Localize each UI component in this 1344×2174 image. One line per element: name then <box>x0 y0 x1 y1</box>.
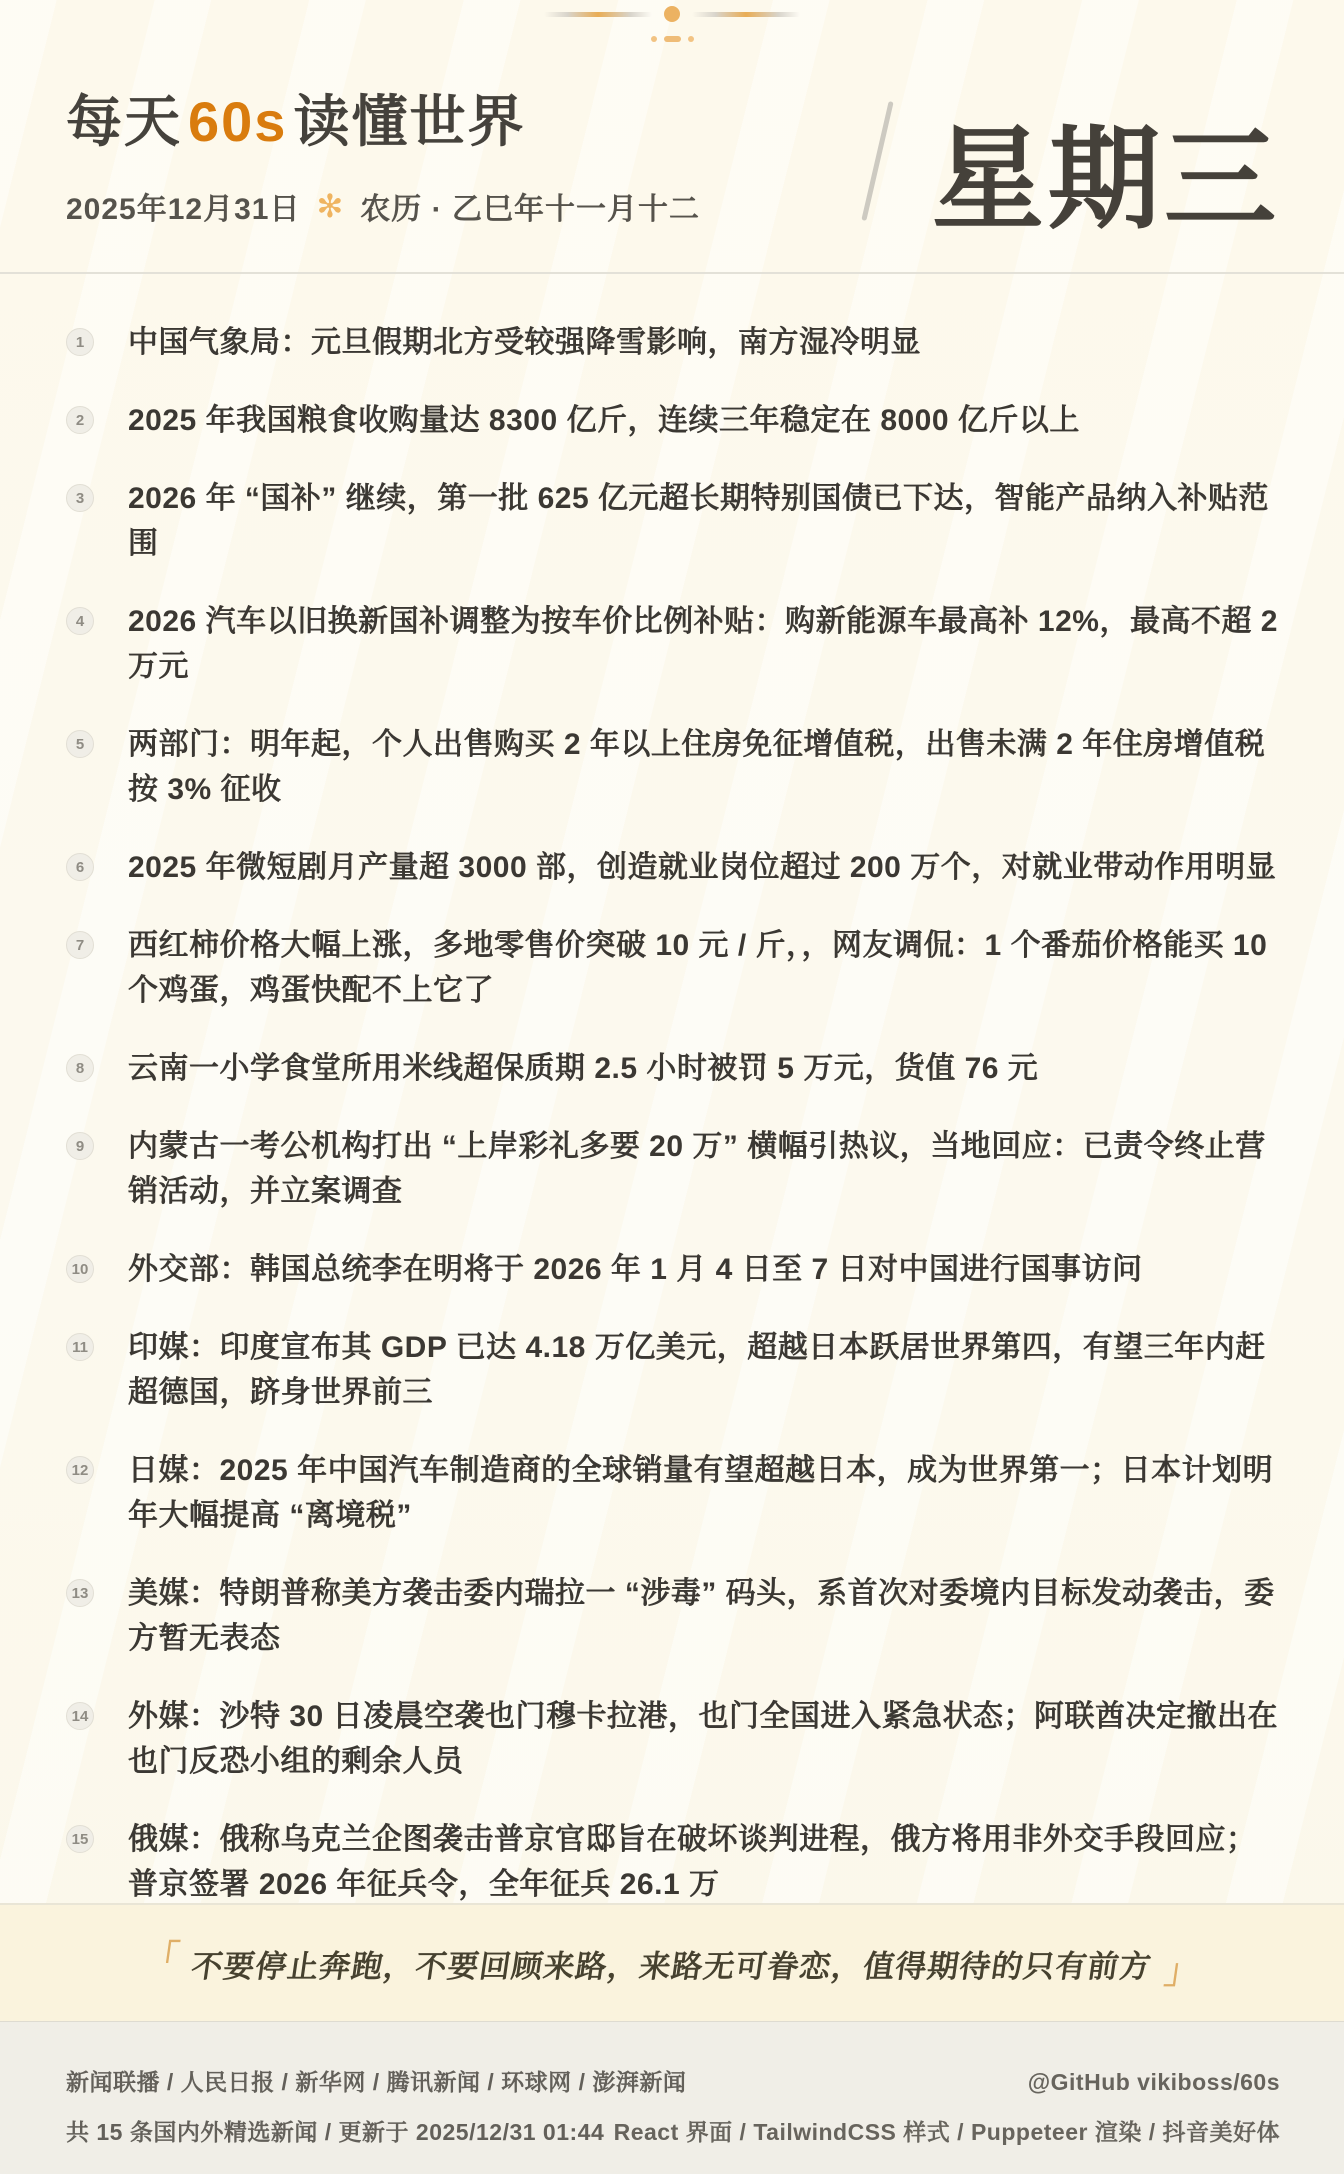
news-item: 6 2025 年微短剧月产量超 3000 部，创造就业岗位超过 200 万个，对… <box>66 845 1282 890</box>
ornament-minidot-right <box>688 36 694 42</box>
news-item-text: 2026 汽车以旧换新国补调整为按车价比例补贴：购新能源车最高补 12%，最高不… <box>128 599 1282 689</box>
news-item-number: 3 <box>66 484 94 512</box>
page-title: 每天60s读懂世界 <box>66 78 700 158</box>
news-item-text: 内蒙古一考公机构打出 “上岸彩礼多要 20 万” 横幅引热议，当地回应：已责令终… <box>128 1124 1282 1214</box>
news-item: 14 外媒：沙特 30 日凌晨空袭也门穆卡拉港，也门全国进入紧急状态；阿联酋决定… <box>66 1694 1282 1784</box>
news-item-text: 2025 年微短剧月产量超 3000 部，创造就业岗位超过 200 万个，对就业… <box>128 845 1276 890</box>
footer-meta: 共 15 条国内外精选新闻 / 更新于 2025/12/31 01:44 <box>66 2114 604 2147</box>
news-item-text: 外交部：韩国总统李在明将于 2026 年 1 月 4 日至 7 日对中国进行国事… <box>128 1247 1142 1292</box>
news-item-number: 15 <box>66 1825 94 1853</box>
news-item-text: 美媒：特朗普称美方袭击委内瑞拉一 “涉毒” 码头，系首次对委境内目标发动袭击，委… <box>128 1571 1282 1661</box>
footer-sources: 新闻联播 / 人民日报 / 新华网 / 腾讯新闻 / 环球网 / 澎湃新闻 <box>66 2064 686 2097</box>
footer-github-handle: @GitHub vikiboss/60s <box>1028 2069 1280 2096</box>
news-item-number: 2 <box>66 406 94 434</box>
header: 每天60s读懂世界 2025年12月31日 ✻ 农历 · 乙巳年十一月十二 星期… <box>0 38 1344 228</box>
ornament-line-right <box>692 12 800 17</box>
news-list: 1 中国气象局：元旦假期北方受较强降雪影响，南方湿冷明显 2 2025 年我国粮… <box>0 274 1344 1907</box>
news-item-text: 日媒：2025 年中国汽车制造商的全球销量有望超越日本，成为世界第一；日本计划明… <box>128 1448 1282 1538</box>
title-prefix: 每天 <box>66 90 182 153</box>
news-item-text: 中国气象局：元旦假期北方受较强降雪影响，南方湿冷明显 <box>128 320 921 365</box>
news-item-text: 西红柿价格大幅上涨，多地零售价突破 10 元 / 斤，，网友调侃：1 个番茄价格… <box>128 923 1282 1013</box>
ornament-dash <box>664 36 681 42</box>
news-item: 9 内蒙古一考公机构打出 “上岸彩礼多要 20 万” 横幅引热议，当地回应：已责… <box>66 1124 1282 1214</box>
news-item-number: 8 <box>66 1054 94 1082</box>
news-item: 7 西红柿价格大幅上涨，多地零售价突破 10 元 / 斤，，网友调侃：1 个番茄… <box>66 923 1282 1013</box>
lunar-date: 农历 · 乙巳年十一月十二 <box>360 184 700 228</box>
quote-open-bracket: 「 <box>142 1940 181 1974</box>
gregorian-date: 2025年12月31日 <box>66 184 300 228</box>
ornament-dot-icon <box>664 6 680 22</box>
news-item-text: 云南一小学食堂所用米线超保质期 2.5 小时被罚 5 万元，货值 76 元 <box>128 1046 1038 1091</box>
ornament-sub-dots <box>651 36 694 42</box>
daily-quote-section: 「 不要停止奔跑，不要回顾来路，来路无可眷恋，值得期待的只有前方 」 <box>0 1903 1344 2021</box>
news-item-number: 1 <box>66 328 94 356</box>
news-item-text: 外媒：沙特 30 日凌晨空袭也门穆卡拉港，也门全国进入紧急状态；阿联酋决定撤出在… <box>128 1694 1282 1784</box>
slash-divider <box>861 101 893 221</box>
news-item: 5 两部门：明年起，个人出售购买 2 年以上住房免征增值税，出售未满 2 年住房… <box>66 722 1282 812</box>
news-item-number: 11 <box>66 1333 94 1361</box>
news-item-number: 14 <box>66 1702 94 1730</box>
news-item: 12 日媒：2025 年中国汽车制造商的全球销量有望超越日本，成为世界第一；日本… <box>66 1448 1282 1538</box>
footer-tech-stack: React 界面 / TailwindCSS 样式 / Puppeteer 渲染… <box>614 2114 1280 2147</box>
news-digest-card: 每天60s读懂世界 2025年12月31日 ✻ 农历 · 乙巳年十一月十二 星期… <box>0 0 1344 2174</box>
news-item-number: 13 <box>66 1579 94 1607</box>
header-ornament <box>0 0 1344 42</box>
daily-quote-text: 不要停止奔跑，不要回顾来路，来路无可眷恋，值得期待的只有前方 <box>189 1941 1155 1986</box>
title-suffix: 读懂世界 <box>293 90 525 153</box>
news-item-text: 两部门：明年起，个人出售购买 2 年以上住房免征增值税，出售未满 2 年住房增值… <box>128 722 1282 812</box>
news-item-number: 4 <box>66 607 94 635</box>
news-item: 11 印媒：印度宣布其 GDP 已达 4.18 万亿美元，超越日本跃居世界第四，… <box>66 1325 1282 1415</box>
news-item: 1 中国气象局：元旦假期北方受较强降雪影响，南方湿冷明显 <box>66 320 1282 365</box>
news-item-number: 5 <box>66 730 94 758</box>
news-item: 13 美媒：特朗普称美方袭击委内瑞拉一 “涉毒” 码头，系首次对委境内目标发动袭… <box>66 1571 1282 1661</box>
news-item: 15 俄媒：俄称乌克兰企图袭击普京官邸旨在破坏谈判进程，俄方将用非外交手段回应；… <box>66 1817 1282 1907</box>
news-item-text: 俄媒：俄称乌克兰企图袭击普京官邸旨在破坏谈判进程，俄方将用非外交手段回应；普京签… <box>128 1817 1282 1907</box>
news-item-number: 6 <box>66 853 94 881</box>
news-item-number: 12 <box>66 1456 94 1484</box>
news-item-text: 2026 年 “国补” 继续，第一批 625 亿元超长期特别国债已下达，智能产品… <box>128 476 1282 566</box>
quote-close-bracket: 」 <box>1162 1954 1201 1988</box>
news-item-number: 10 <box>66 1255 94 1283</box>
date-row: 2025年12月31日 ✻ 农历 · 乙巳年十一月十二 <box>66 184 700 228</box>
news-item: 3 2026 年 “国补” 继续，第一批 625 亿元超长期特别国债已下达，智能… <box>66 476 1282 566</box>
asterisk-icon: ✻ <box>316 190 344 222</box>
ornament-line-left <box>544 12 652 17</box>
news-item: 4 2026 汽车以旧换新国补调整为按车价比例补贴：购新能源车最高补 12%，最… <box>66 599 1282 689</box>
news-item: 2 2025 年我国粮食收购量达 8300 亿斤，连续三年稳定在 8000 亿斤… <box>66 398 1282 443</box>
title-highlight-60s: 60s <box>188 90 287 153</box>
news-item-number: 7 <box>66 931 94 959</box>
news-item-text: 印媒：印度宣布其 GDP 已达 4.18 万亿美元，超越日本跃居世界第四，有望三… <box>128 1325 1282 1415</box>
news-item: 8 云南一小学食堂所用米线超保质期 2.5 小时被罚 5 万元，货值 76 元 <box>66 1046 1282 1091</box>
news-item-text: 2025 年我国粮食收购量达 8300 亿斤，连续三年稳定在 8000 亿斤以上 <box>128 398 1080 443</box>
ornament-minidot-left <box>651 36 657 42</box>
news-item-number: 9 <box>66 1132 94 1160</box>
news-item: 10 外交部：韩国总统李在明将于 2026 年 1 月 4 日至 7 日对中国进… <box>66 1247 1282 1292</box>
footer: 新闻联播 / 人民日报 / 新华网 / 腾讯新闻 / 环球网 / 澎湃新闻 @G… <box>0 2021 1344 2174</box>
weekday-label: 星期三 <box>932 124 1280 236</box>
